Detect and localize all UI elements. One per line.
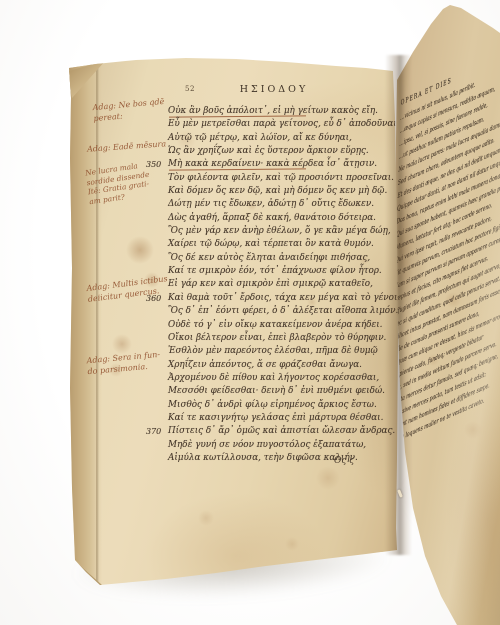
greek-line: Εὖ μὲν μετρεῖσθαι παρὰ γείτονος, εὖ δ᾽ ἀ… xyxy=(168,118,396,131)
greek-line: Δὼς ἀγαθή, ἅρπαξ δὲ κακή, θανάτοιο δότει… xyxy=(168,212,396,225)
greek-line: Χαίρει τῷ δώρῳ, καὶ τέρπεται ὃν κατὰ θυμ… xyxy=(168,238,396,251)
greek-line: Καὶ δόμεν ὅς κεν δῷ, καὶ μὴ δόμεν ὅς κεν… xyxy=(168,185,396,198)
greek-line: Εἰ γάρ κεν καὶ σμικρὸν ἐπὶ σμικρῷ καταθε… xyxy=(168,278,396,291)
marginalia-note-ne-bos: Adag: Ne bos qdēpereat: xyxy=(92,97,165,124)
greek-line: Ὃς μὲν γάρ κεν ἀνὴρ ἐθέλων, ὅ γε κἂν μέγ… xyxy=(168,225,396,238)
greek-line: Καί τε κασιγνήτῳ γελάσας ἐπὶ μάρτυρα θέσ… xyxy=(168,412,396,425)
left-page-greek: 52 ΗΣΙΟΔΟΥ Οὐκ ἂν βοῦς ἀπόλοιτ᾽, εἰ μὴ γ… xyxy=(66,58,398,590)
greek-line: 360Καὶ θαμὰ τοῦτ᾽ ἔρδοις, τάχα κεν μέγα … xyxy=(168,292,396,305)
greek-line: Ὡς ἂν χρηΐζων καὶ ἐς ὕστερον ἄρκιον εὕρῃ… xyxy=(168,145,396,158)
greek-line: Τὸν φιλέοντα φιλεῖν, καὶ τῷ προσιόντι πρ… xyxy=(168,172,396,185)
left-running-header: ΗΣΙΟΔΟΥ xyxy=(174,84,374,95)
verse-line-number: 370 xyxy=(146,425,161,438)
greek-line: Δώτῃ μέν τις ἔδωκεν, ἀδώτῃ δ᾽ οὔτις ἔδωκ… xyxy=(168,198,396,211)
greek-line: Αὐτῷ τῷ μέτρῳ, καὶ λώϊον, αἴ κε δύνηαι, xyxy=(168,132,396,145)
greek-line: Ἐσθλὸν μὲν παρεόντος ἑλέσθαι, πῆμα δὲ θυ… xyxy=(168,345,396,358)
greek-line: Οἴκοι βέλτερον εἶναι, ἐπεὶ βλαβερὸν τὸ θ… xyxy=(168,332,396,345)
greek-line: Αἱμύλα κωτίλλουσα, τεὴν διφῶσα καλιήν. xyxy=(168,452,396,465)
right-page-latin: OPERA ET DIES …vicinus ni sit malus, ull… xyxy=(393,0,500,625)
latin-text-block: OPERA ET DIES …vicinus ni sit malus, ull… xyxy=(389,3,500,449)
greek-line: Ἀρχομένου δὲ πίθου καὶ λήγοντος κορέσασθ… xyxy=(168,372,396,385)
greek-line: Ὃς δ᾽ ἐπ᾽ ἐόντι φέρει, ὁ δ᾽ ἀλέξεται αἴθ… xyxy=(168,305,396,318)
book-photograph: OPERA ET DIES …vicinus ni sit malus, ull… xyxy=(0,0,500,625)
spine-crease xyxy=(96,58,99,590)
greek-line: Χρηΐζειν ἀπεόντος, ἅ σε φράζεσθαι ἄνωγα. xyxy=(168,359,396,372)
greek-line: Μισθὸς δ᾽ ἀνδρὶ φίλῳ εἰρημένος ἄρκιος ἔσ… xyxy=(168,399,396,412)
greek-line: Οὐδὲ τό γ᾽ εἰν οἴκῳ κατακείμενον ἀνέρα κ… xyxy=(168,319,396,332)
greek-text-block: Οὐκ ἂν βοῦς ἀπόλοιτ᾽, εἰ μὴ γείτων κακὸς… xyxy=(168,105,396,465)
greek-line: Καί τε σμικρὸν ἐόν, τότ᾽ ἐπάχνωσε φίλον … xyxy=(168,265,396,278)
greek-line: Μεσσόθι φείδεσθαι· δεινὴ δ᾽ ἐνὶ πυθμένι … xyxy=(168,385,396,398)
catchword: Ος ϛ xyxy=(334,456,354,466)
marginalia-note-mala-lucra: Ne lucra malasordide dissendeItē: Gratia… xyxy=(85,160,153,207)
binding-stitch xyxy=(397,489,403,498)
greek-line: Ὃς δέ κεν αὐτὸς ἕληται ἀναιδείηφι πιθήσα… xyxy=(168,252,396,265)
greek-line: Μηδὲ γυνή σε νόον πυγοστόλος ἐξαπατάτω, xyxy=(168,439,396,452)
greek-line: Οὐκ ἂν βοῦς ἀπόλοιτ᾽, εἰ μὴ γείτων κακὸς… xyxy=(168,105,396,118)
greek-line: 350Μὴ κακὰ κερδαίνειν· κακὰ κέρδεα ἶσ᾽ ἄ… xyxy=(168,158,396,171)
greek-line: 370Πίστεις δ᾽ ἄρ᾽ ὁμῶς καὶ ἀπιστίαι ὤλεσ… xyxy=(168,425,396,438)
